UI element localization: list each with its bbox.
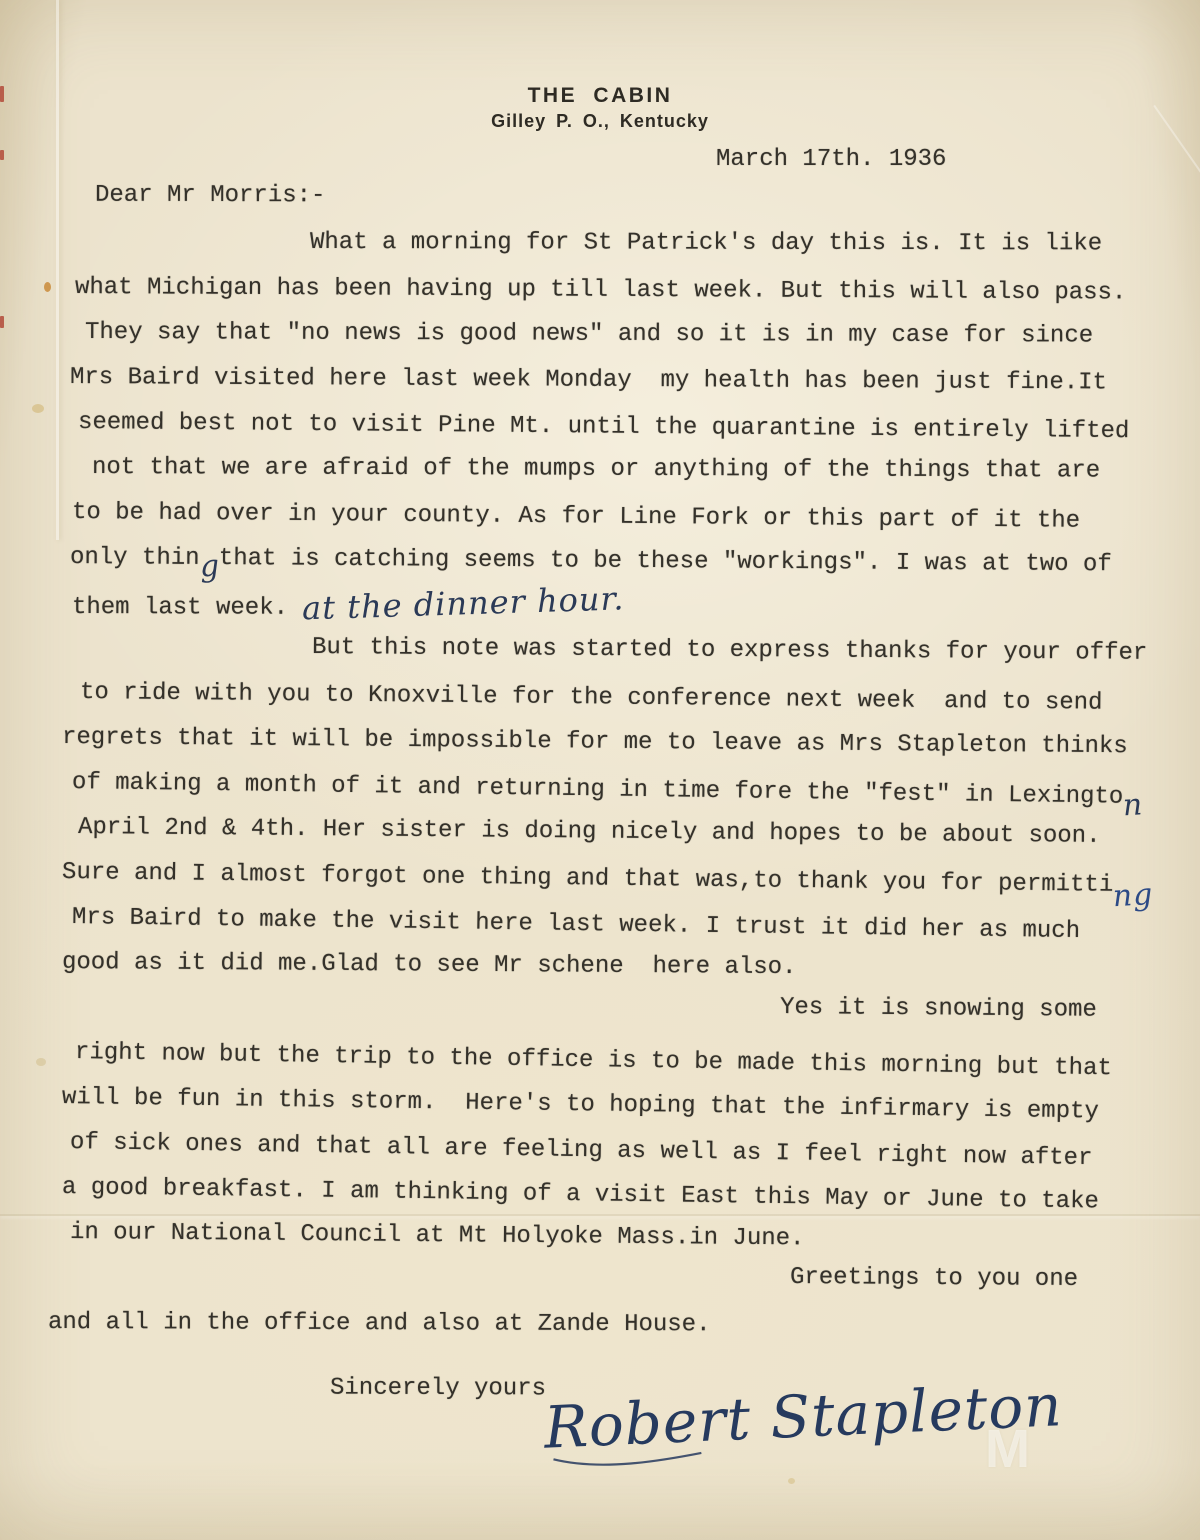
typed-text: good as it did me.Glad to see Mr schene … bbox=[62, 940, 797, 990]
typed-text: that is catching seems to be these "work… bbox=[219, 536, 1112, 587]
paper-stain bbox=[44, 282, 51, 292]
letter-line: But this note was started to express tha… bbox=[312, 625, 1182, 676]
closing: Sincerely yours bbox=[330, 1375, 546, 1403]
typed-text: Mrs Baird visited here last week Monday … bbox=[70, 355, 1107, 405]
typed-text: What a morning for St Patrick's day this… bbox=[310, 220, 1102, 266]
letterhead-name: THE CABIN bbox=[0, 84, 1200, 108]
letter-line: Yes it is snowing some bbox=[780, 985, 1182, 1034]
typed-text: Yes it is snowing some bbox=[780, 985, 1097, 1033]
letter-line: what Michigan has been having up till la… bbox=[75, 265, 1182, 316]
letterhead-address: Gilley P. O., Kentucky bbox=[0, 111, 1200, 132]
letter-body: What a morning for St Patrick's day this… bbox=[72, 220, 1182, 1345]
letter-line: Mrs Baird visited here last week Monday … bbox=[70, 355, 1182, 406]
vertical-crease bbox=[56, 0, 59, 540]
typed-text: Greetings to you one bbox=[790, 1255, 1078, 1302]
paper-stain bbox=[32, 404, 44, 413]
edge-mark-red bbox=[0, 150, 4, 160]
typed-text: what Michigan has been having up till la… bbox=[75, 265, 1127, 316]
watermark-letter: M bbox=[985, 1418, 1030, 1480]
letter-line: good as it did me.Glad to see Mr schene … bbox=[62, 940, 1182, 993]
letter-line: They say that "no news is good news" and… bbox=[85, 310, 1182, 359]
typed-text: not that we are afraid of the mumps or a… bbox=[92, 445, 1100, 494]
typed-text: only thin bbox=[70, 535, 200, 581]
typed-text: in our National Council at Mt Holyoke Ma… bbox=[70, 1210, 805, 1261]
typed-text: But this note was started to express tha… bbox=[312, 625, 1148, 676]
typed-text: them last week. bbox=[72, 585, 303, 631]
letter-date: March 17th. 1936 bbox=[716, 146, 946, 173]
handwritten-text: at the dinner hour. bbox=[302, 576, 626, 631]
signature: Robert Stapleton bbox=[537, 1334, 1043, 1506]
typed-text: April 2nd & 4th. Her sister is doing nic… bbox=[78, 805, 1101, 859]
letter-line: Greetings to you one bbox=[790, 1255, 1182, 1303]
letter-line: What a morning for St Patrick's day this… bbox=[310, 220, 1182, 267]
paper-stain bbox=[36, 1058, 46, 1066]
edge-mark-red bbox=[0, 316, 4, 328]
typed-text: and all in the office and also at Zande … bbox=[48, 1300, 711, 1347]
letter-line: not that we are afraid of the mumps or a… bbox=[92, 445, 1182, 494]
letter-page: THE CABIN Gilley P. O., Kentucky March 1… bbox=[0, 0, 1200, 1540]
salutation: Dear Mr Morris:- bbox=[95, 182, 326, 210]
letterhead: THE CABIN Gilley P. O., Kentucky bbox=[0, 84, 1200, 132]
typed-text: They say that "no news is good news" and… bbox=[85, 310, 1093, 359]
letter-line: them last week. at the dinner hour. bbox=[72, 580, 1182, 629]
